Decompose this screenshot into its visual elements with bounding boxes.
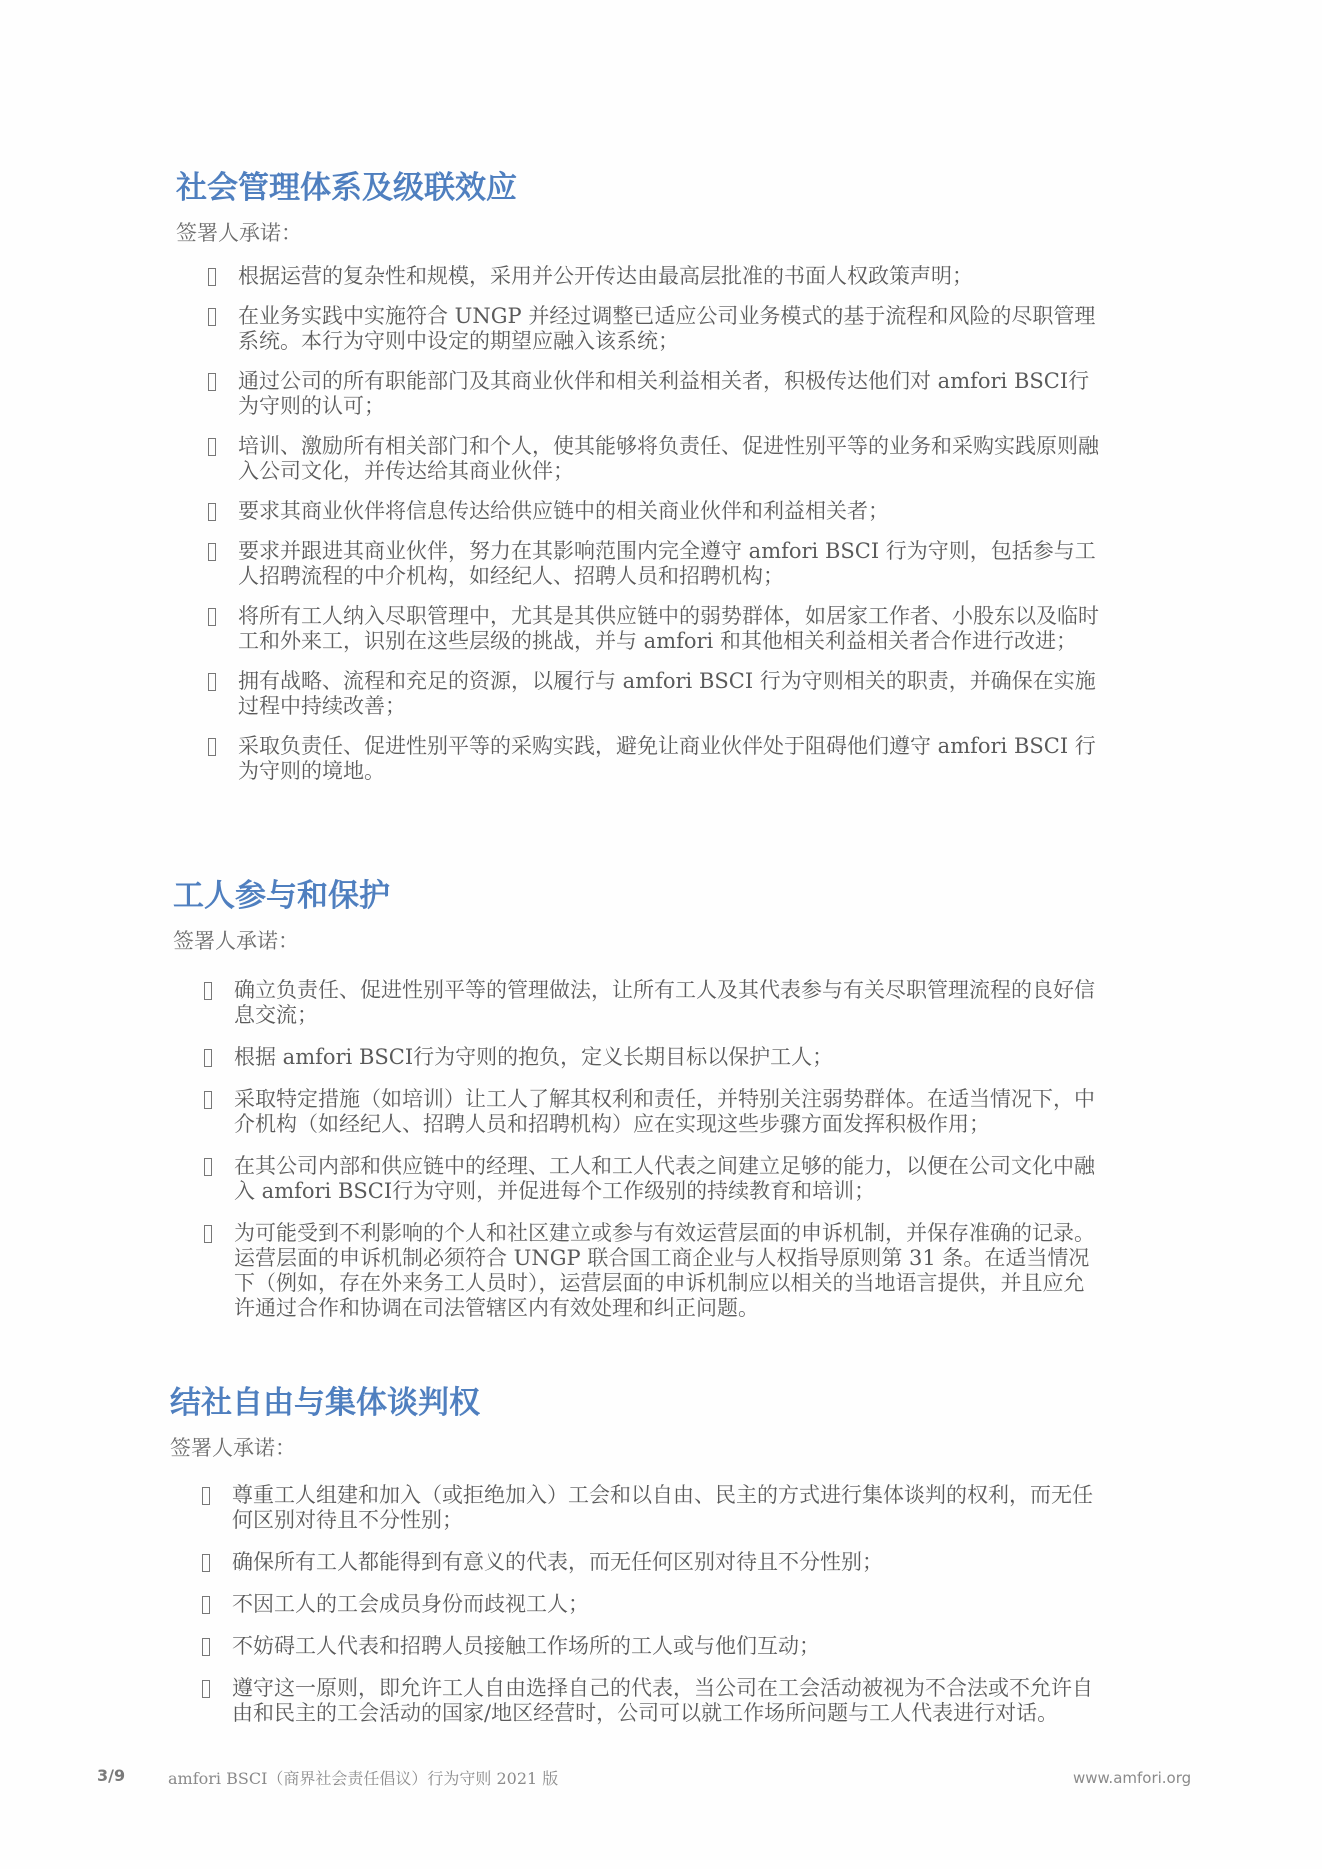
list-item: 尊重工人组建和加入（或拒绝加入）工会和以自由、民主的方式进行集体谈判的权利，而无… (202, 1483, 1222, 1533)
checkbox-icon (208, 738, 216, 756)
list-item: 将所有工人纳入尽职管理中，尤其是其供应链中的弱势群体，如居家工作者、小股东以及临… (208, 604, 1218, 654)
list-item-text: 根据 amfori BSCI行为守则的抱负，定义长期目标以保护工人； (234, 1045, 1224, 1070)
list-item: 拥有战略、流程和充足的资源，以履行与 amfori BSCI 行为守则相关的职责… (208, 669, 1218, 719)
section-title: 社会管理体系及级联效应 (176, 168, 1322, 208)
list-item-text: 在业务实践中实施符合 UNGP 并经过调整已适应公司业务模式的基于流程和风险的尽… (238, 304, 1218, 354)
checkbox-icon (202, 1638, 210, 1656)
list-item-text: 培训、激励所有相关部门和个人，使其能够将负责任、促进性别平等的业务和采购实践原则… (238, 434, 1218, 484)
document-page: 社会管理体系及级联效应 签署人承诺： 根据运营的复杂性和规模，采用并公开传达由最… (0, 0, 1322, 1869)
document-title: amfori BSCI（商界社会责任倡议）行为守则 2021 版 (168, 1766, 558, 1789)
list-item-text: 采取特定措施（如培训）让工人了解其权利和责任，并特别关注弱势群体。在适当情况下，… (234, 1087, 1224, 1137)
list-item-text: 确立负责任、促进性别平等的管理做法，让所有工人及其代表参与有关尽职管理流程的良好… (234, 978, 1224, 1028)
checkbox-icon (208, 503, 216, 521)
checkbox-icon (204, 1158, 212, 1176)
list-item: 为可能受到不利影响的个人和社区建立或参与有效运营层面的申诉机制，并保存准确的记录… (204, 1221, 1224, 1321)
checkbox-icon (208, 543, 216, 561)
list-item: 要求其商业伙伴将信息传达给供应链中的相关商业伙伴和利益相关者； (208, 499, 1218, 524)
checkbox-icon (204, 982, 212, 1000)
list-item-text: 采取负责任、促进性别平等的采购实践，避免让商业伙伴处于阻碍他们遵守 amfori… (238, 734, 1218, 784)
checkbox-icon (202, 1487, 210, 1505)
commitment-list: 根据运营的复杂性和规模，采用并公开传达由最高层批准的书面人权政策声明； 在业务实… (208, 264, 1218, 784)
section-worker-involvement: 工人参与和保护 签署人承诺： 确立负责任、促进性别平等的管理做法，让所有工人及其… (0, 876, 1322, 1338)
list-item-text: 拥有战略、流程和充足的资源，以履行与 amfori BSCI 行为守则相关的职责… (238, 669, 1218, 719)
section-title: 工人参与和保护 (173, 876, 1322, 916)
checkbox-icon (208, 268, 216, 286)
list-item: 根据 amfori BSCI行为守则的抱负，定义长期目标以保护工人； (204, 1045, 1224, 1070)
list-item-text: 通过公司的所有职能部门及其商业伙伴和相关利益相关者，积极传达他们对 amfori… (238, 369, 1218, 419)
section-intro: 签署人承诺： (176, 218, 1322, 248)
list-item: 确保所有工人都能得到有意义的代表，而无任何区别对待且不分性别； (202, 1550, 1222, 1575)
list-item: 在业务实践中实施符合 UNGP 并经过调整已适应公司业务模式的基于流程和风险的尽… (208, 304, 1218, 354)
list-item: 不妨碍工人代表和招聘人员接触工作场所的工人或与他们互动； (202, 1634, 1222, 1659)
list-item-text: 要求其商业伙伴将信息传达给供应链中的相关商业伙伴和利益相关者； (238, 499, 1218, 524)
list-item-text: 尊重工人组建和加入（或拒绝加入）工会和以自由、民主的方式进行集体谈判的权利，而无… (232, 1483, 1222, 1533)
checkbox-icon (202, 1596, 210, 1614)
list-item-text: 根据运营的复杂性和规模，采用并公开传达由最高层批准的书面人权政策声明； (238, 264, 1218, 289)
page-footer: 3/9 amfori BSCI（商界社会责任倡议）行为守则 2021 版 www… (0, 1766, 1322, 1796)
list-item: 培训、激励所有相关部门和个人，使其能够将负责任、促进性别平等的业务和采购实践原则… (208, 434, 1218, 484)
list-item-text: 为可能受到不利影响的个人和社区建立或参与有效运营层面的申诉机制，并保存准确的记录… (234, 1221, 1224, 1321)
list-item: 遵守这一原则，即允许工人自由选择自己的代表，当公司在工会活动被视为不合法或不允许… (202, 1676, 1222, 1726)
checkbox-icon (208, 673, 216, 691)
section-intro: 签署人承诺： (170, 1433, 1322, 1463)
list-item: 确立负责任、促进性别平等的管理做法，让所有工人及其代表参与有关尽职管理流程的良好… (204, 978, 1224, 1028)
list-item-text: 将所有工人纳入尽职管理中，尤其是其供应链中的弱势群体，如居家工作者、小股东以及临… (238, 604, 1218, 654)
commitment-list: 尊重工人组建和加入（或拒绝加入）工会和以自由、民主的方式进行集体谈判的权利，而无… (202, 1483, 1222, 1726)
website-link[interactable]: www.amfori.org (1073, 1769, 1191, 1787)
list-item-text: 要求并跟进其商业伙伴，努力在其影响范围内完全遵守 amfori BSCI 行为守… (238, 539, 1218, 589)
list-item: 通过公司的所有职能部门及其商业伙伴和相关利益相关者，积极传达他们对 amfori… (208, 369, 1218, 419)
section-title: 结社自由与集体谈判权 (170, 1383, 1322, 1423)
checkbox-icon (204, 1091, 212, 1109)
commitment-list: 确立负责任、促进性别平等的管理做法，让所有工人及其代表参与有关尽职管理流程的良好… (204, 978, 1224, 1321)
list-item: 根据运营的复杂性和规模，采用并公开传达由最高层批准的书面人权政策声明； (208, 264, 1218, 289)
list-item: 要求并跟进其商业伙伴，努力在其影响范围内完全遵守 amfori BSCI 行为守… (208, 539, 1218, 589)
page-number: 3/9 (97, 1766, 125, 1785)
checkbox-icon (204, 1049, 212, 1067)
list-item: 不因工人的工会成员身份而歧视工人； (202, 1592, 1222, 1617)
list-item-text: 遵守这一原则，即允许工人自由选择自己的代表，当公司在工会活动被视为不合法或不允许… (232, 1676, 1222, 1726)
list-item-text: 在其公司内部和供应链中的经理、工人和工人代表之间建立足够的能力，以便在公司文化中… (234, 1154, 1224, 1204)
checkbox-icon (208, 373, 216, 391)
list-item: 采取特定措施（如培训）让工人了解其权利和责任，并特别关注弱势群体。在适当情况下，… (204, 1087, 1224, 1137)
section-intro: 签署人承诺： (173, 926, 1322, 956)
section-social-management-system: 社会管理体系及级联效应 签署人承诺： 根据运营的复杂性和规模，采用并公开传达由最… (0, 168, 1322, 799)
list-item-text: 不妨碍工人代表和招聘人员接触工作场所的工人或与他们互动； (232, 1634, 1222, 1659)
list-item-text: 不因工人的工会成员身份而歧视工人； (232, 1592, 1222, 1617)
checkbox-icon (208, 608, 216, 626)
section-freedom-of-association: 结社自由与集体谈判权 签署人承诺： 尊重工人组建和加入（或拒绝加入）工会和以自由… (0, 1383, 1322, 1743)
list-item-text: 确保所有工人都能得到有意义的代表，而无任何区别对待且不分性别； (232, 1550, 1222, 1575)
checkbox-icon (202, 1554, 210, 1572)
checkbox-icon (208, 438, 216, 456)
checkbox-icon (208, 308, 216, 326)
list-item: 在其公司内部和供应链中的经理、工人和工人代表之间建立足够的能力，以便在公司文化中… (204, 1154, 1224, 1204)
checkbox-icon (202, 1680, 210, 1698)
list-item: 采取负责任、促进性别平等的采购实践，避免让商业伙伴处于阻碍他们遵守 amfori… (208, 734, 1218, 784)
checkbox-icon (204, 1225, 212, 1243)
